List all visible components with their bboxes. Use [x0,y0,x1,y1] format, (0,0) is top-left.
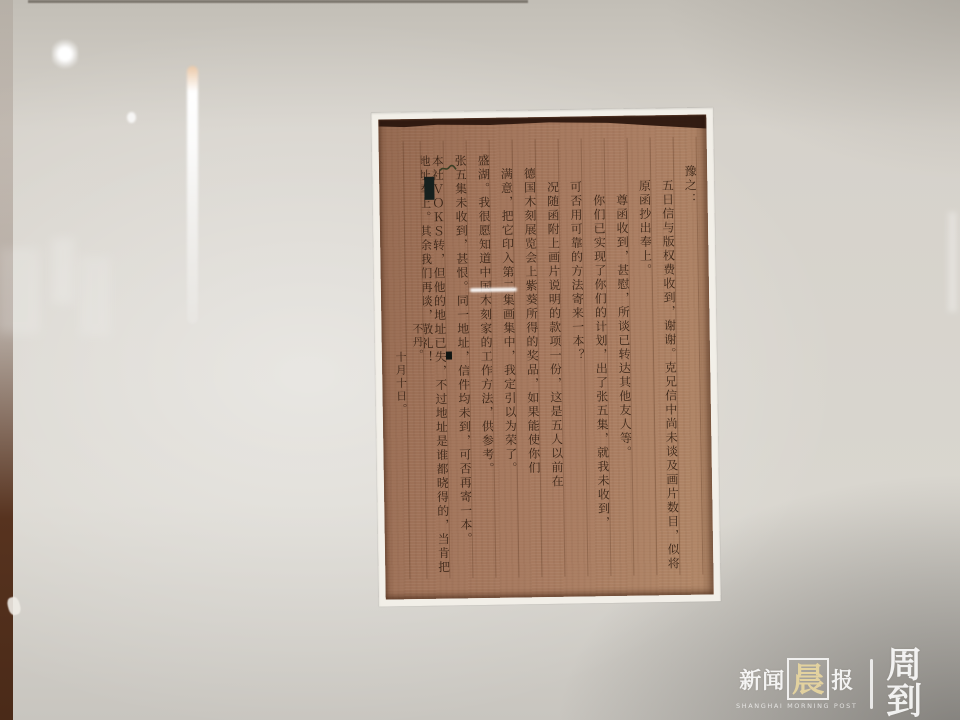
mat-window: 豫之：五日信与版权费收到，谢谢。克兄信中尚未谈及画片数目，似将原函抄出奉上。尊函… [371,107,721,606]
ink-dot [446,351,452,359]
glass-reflection [52,238,74,304]
publisher-chen-boxed-glyph: 晨 [787,658,829,700]
light-flare-dot [52,38,78,70]
green-squiggle [439,163,457,173]
watermark: 新闻 晨 报 SHANGHAI MORNING POST 周到 [736,648,960,720]
publisher-english-caption: SHANGHAI MORNING POST [736,702,857,710]
brand-zhoudao: 周到 [886,648,960,720]
glass-reflection [80,256,110,336]
light-speck [127,112,136,123]
watermark-divider [870,659,873,709]
glare-line [470,287,517,292]
manuscript-columns: 豫之：五日信与版权费收到，谢谢。克兄信中尚未谈及画片数目，似将原函抄出奉上。尊函… [387,137,704,580]
glass-glare-streak [187,66,198,324]
manuscript-paper: 豫之：五日信与版权费收到，谢谢。克兄信中尚未谈及画片数目，似将原函抄出奉上。尊函… [378,114,713,599]
glass-reflection [0,248,40,334]
top-edge-shadow [28,0,528,3]
ink-blot-block [424,177,434,200]
publisher-suffix: 报 [831,671,854,693]
mat-overhang-shadow [378,114,706,137]
publisher-prefix: 新闻 [739,671,785,693]
glass-reflection [948,212,957,312]
publisher-logo: 新闻 晨 报 SHANGHAI MORNING POST [736,658,857,710]
